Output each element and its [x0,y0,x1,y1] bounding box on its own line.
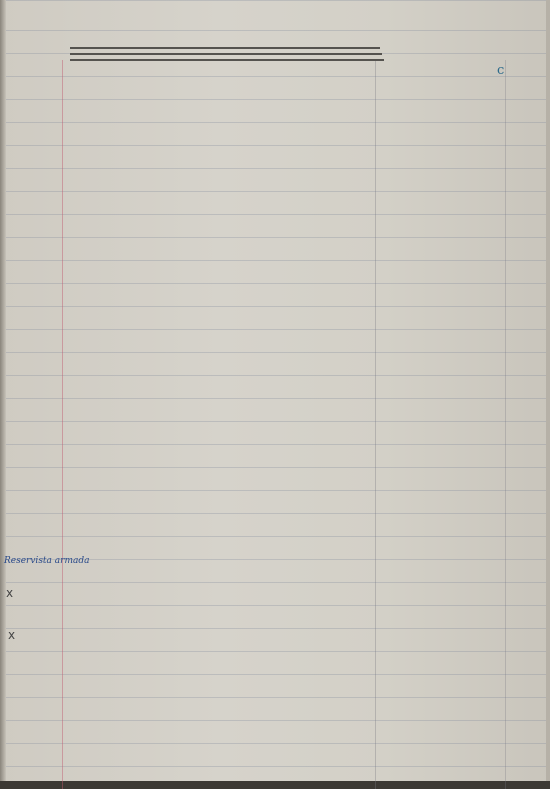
page-binding-edge [0,0,6,789]
cross-mark: x [8,628,15,642]
page-right-edge [546,0,550,789]
ledger-page: c Reservista armada x x [0,0,550,789]
page-bottom-edge [0,781,550,789]
right-column-divider [505,60,506,789]
header-double-rule [70,53,382,55]
header-double-rule [70,47,380,49]
header-double-rule [70,59,384,61]
red-margin-line [62,60,63,789]
circled-c-annotation: c [497,63,504,78]
address-column-divider [375,60,376,789]
cross-mark: x [6,586,13,600]
margin-note: Reservista armada [4,556,89,566]
